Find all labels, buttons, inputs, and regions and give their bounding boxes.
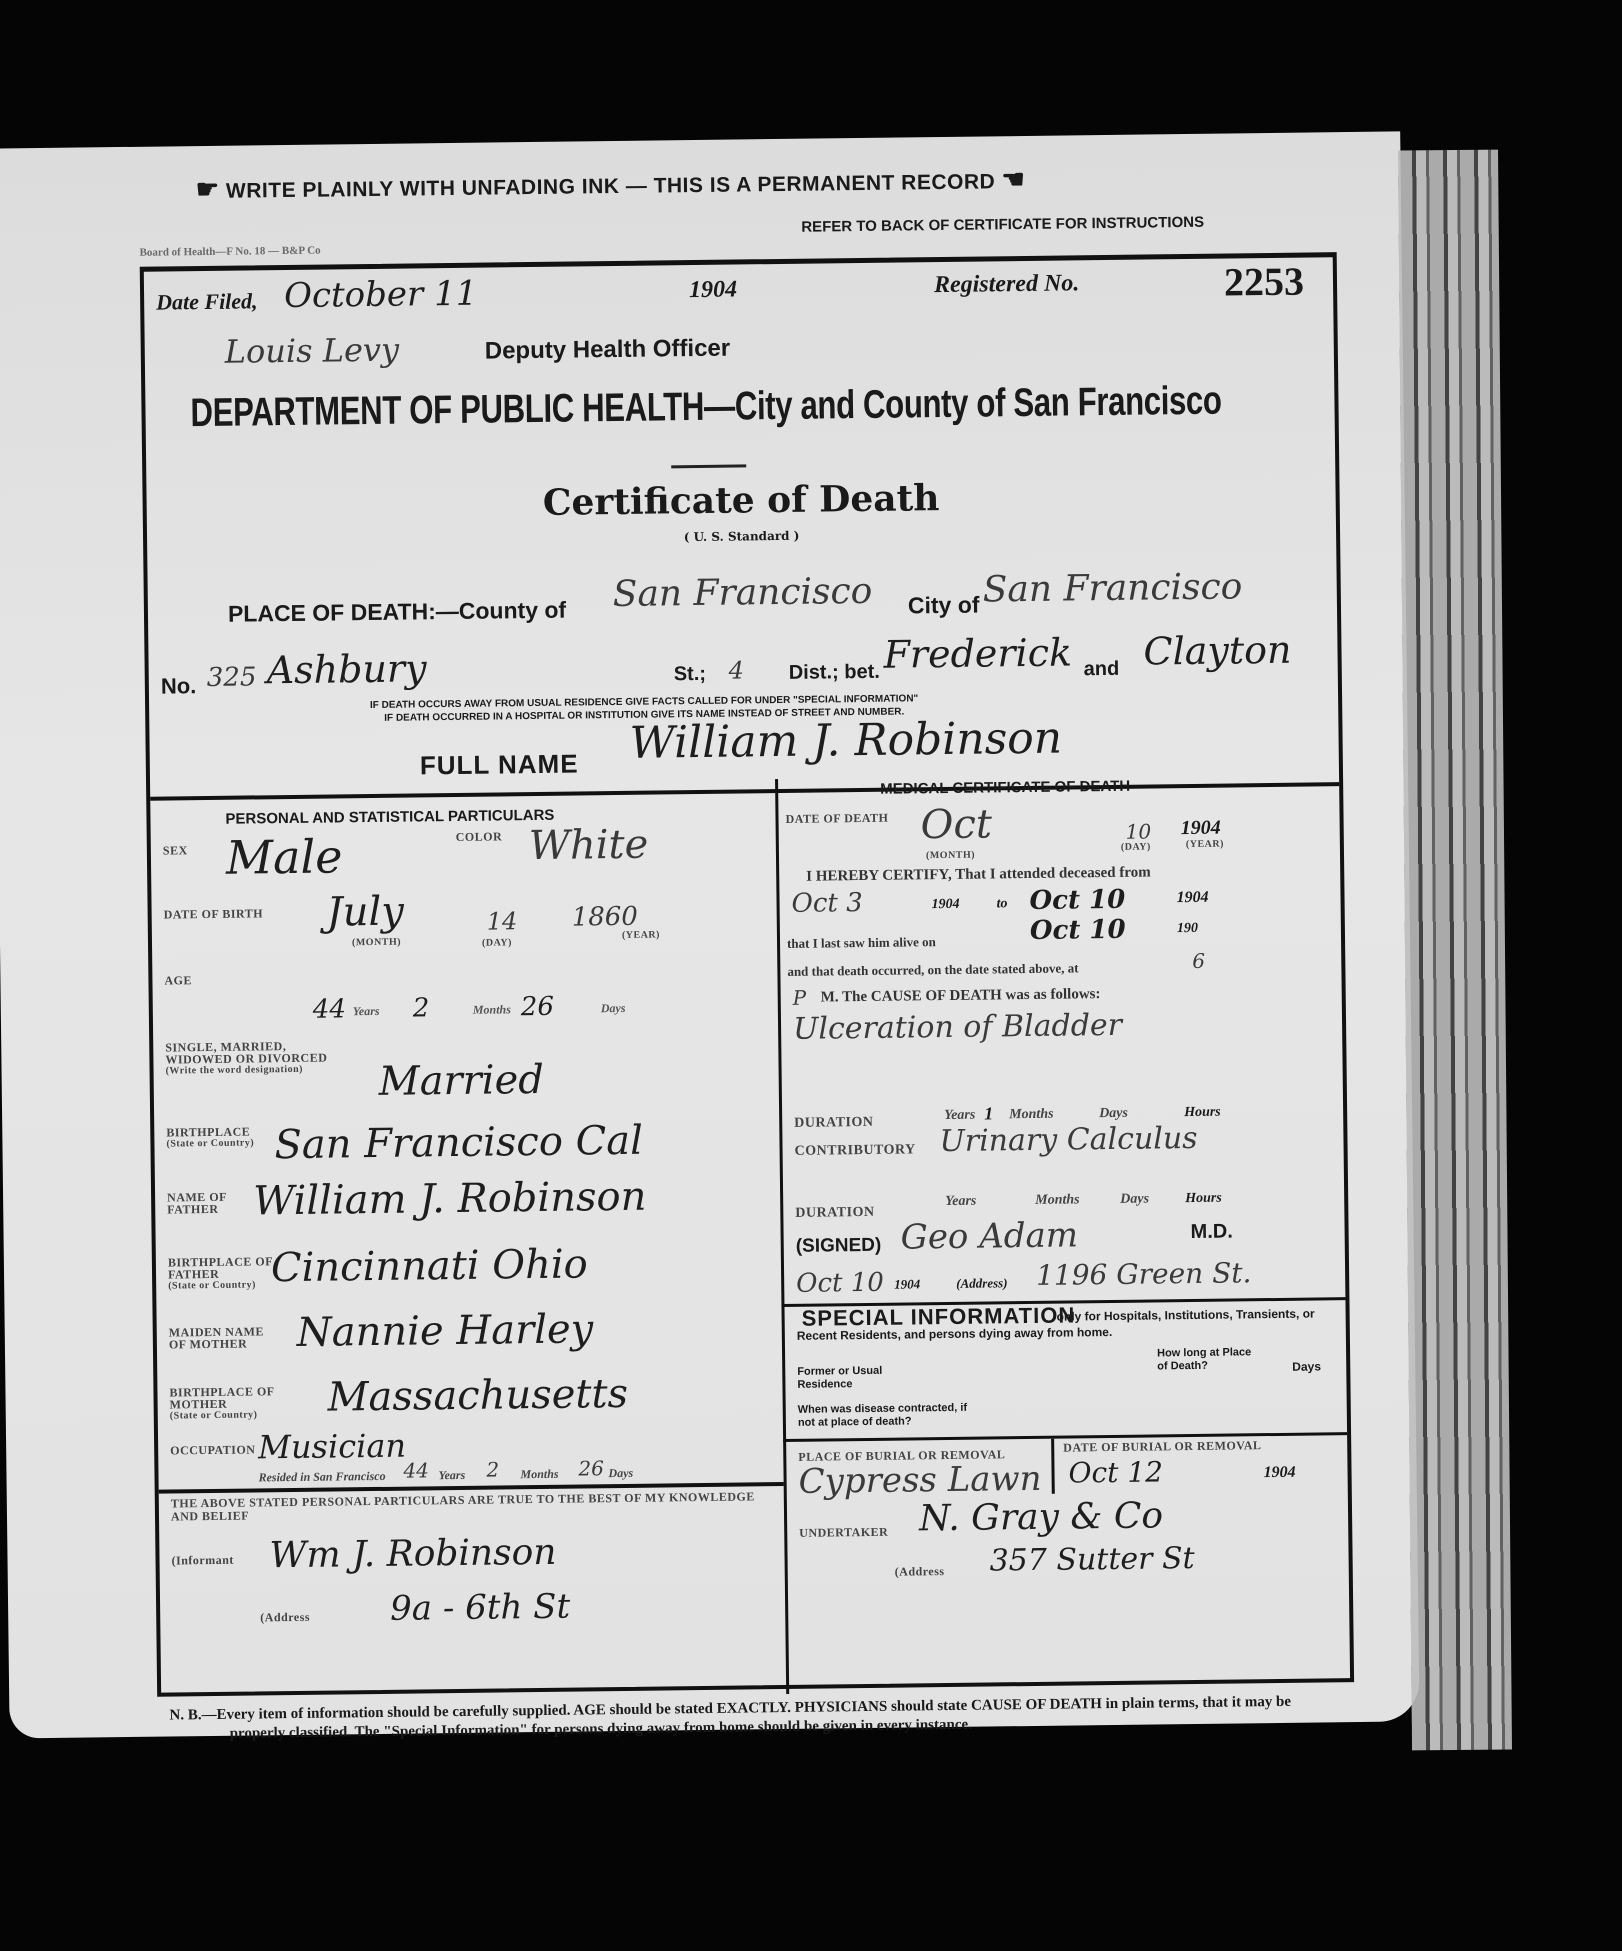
to-label: to	[996, 896, 1007, 912]
informant-address: 9a - 6th St	[390, 1587, 570, 1629]
burial-column-divider	[1051, 1439, 1055, 1494]
resided-months-label: Months	[520, 1467, 558, 1482]
street-name: Ashbury	[266, 646, 426, 692]
duration-hours-label: Hours	[1184, 1105, 1221, 1121]
sex-label: SEX	[163, 843, 188, 858]
last-saw-date: Oct 10	[1030, 915, 1126, 946]
informant-label: (Informant	[171, 1553, 234, 1569]
and-label: and	[1084, 658, 1120, 681]
registered-label: Registered No.	[934, 270, 1080, 299]
date-filed-value: October 11	[284, 274, 478, 316]
dob-month: July	[326, 889, 404, 936]
father-name-value: William J. Robinson	[253, 1174, 647, 1225]
informant-name: Wm J. Robinson	[269, 1532, 556, 1577]
age-months-label: Months	[473, 1002, 511, 1017]
burial-date: Oct 12	[1068, 1455, 1163, 1489]
resided-label: Resided in San Francisco	[258, 1469, 385, 1486]
dob-year-label: (Year)	[622, 929, 660, 940]
department-heading: DEPARTMENT OF PUBLIC HEALTH—City and Cou…	[190, 379, 1222, 437]
city-value: San Francisco	[982, 566, 1242, 610]
occupation-value: Musician	[258, 1427, 406, 1467]
filed-year: 1904	[689, 276, 737, 304]
father-birthplace-label: BIRTHPLACE OF FATHER (State or Country)	[168, 1255, 278, 1292]
dist-label: Dist.; bet.	[789, 661, 880, 685]
permanent-record-notice: ☛ WRITE PLAINLY WITH UNFADING INK — THIS…	[196, 164, 1026, 205]
dob-year: 1860	[572, 902, 639, 933]
age-months: 2	[413, 993, 430, 1023]
birthplace-label: BIRTHPLACE (State or Country)	[166, 1125, 254, 1150]
birthplace-value: San Francisco Cal	[274, 1118, 643, 1168]
resided-years-label: Years	[438, 1468, 465, 1483]
street-no-label: No.	[161, 673, 197, 699]
duration2-hours-label: Hours	[1185, 1191, 1222, 1207]
undertaker-label: UNDERTAKER	[799, 1525, 888, 1541]
dod-label: DATE OF DEATH	[785, 811, 888, 827]
title-rule	[671, 464, 746, 468]
dob-month-label: (Month)	[352, 937, 401, 949]
place-of-death-label: PLACE OF DEATH:—County of	[228, 597, 566, 628]
marital-value: Married	[378, 1057, 544, 1105]
attended-from: Oct 3	[791, 888, 863, 919]
burial-place: Cypress Lawn	[798, 1459, 1041, 1502]
attended-to: Oct 10	[1029, 885, 1125, 916]
ward-number: 4	[729, 656, 745, 684]
color-value: White	[529, 822, 649, 869]
dob-day: 14	[487, 907, 518, 935]
physician-signature: Geo Adam	[900, 1215, 1078, 1257]
registered-number: 2253	[1224, 258, 1305, 306]
cause-text: M. The CAUSE OF DEATH was as follows:	[821, 986, 1101, 1006]
informant-statement: THE ABOVE STATED PERSONAL PARTICULARS AR…	[171, 1490, 761, 1523]
age-label: AGE	[164, 973, 192, 988]
duration-years-label: Years	[944, 1108, 975, 1124]
duration-days-label: Days	[1099, 1106, 1128, 1122]
last-saw-year: 190	[1177, 921, 1198, 937]
refer-instructions: REFER TO BACK OF CERTIFICATE FOR INSTRUC…	[801, 214, 1204, 236]
father-name-label: NAME OF FATHER	[167, 1190, 257, 1215]
city-label: City of	[908, 592, 980, 620]
undertaker-name: N. Gray & Co	[919, 1495, 1163, 1539]
st-label: St.;	[674, 663, 706, 686]
duration-label: DURATION	[794, 1115, 873, 1132]
contributory-value: Urinary Calculus	[939, 1121, 1198, 1159]
resided-years: 44	[403, 1458, 429, 1482]
resided-months: 2	[486, 1457, 499, 1481]
death-meridiem: P	[793, 986, 807, 1010]
dod-year: 1904	[1181, 817, 1221, 840]
age-days-label: Days	[601, 1001, 626, 1016]
special-info-note: only for Hospitals, Institutions, Transi…	[797, 1305, 1342, 1344]
certificate-page: ☛ WRITE PLAINLY WITH UNFADING INK — THIS…	[0, 131, 1420, 1738]
duration2-years-label: Years	[945, 1194, 976, 1210]
duration2-label: DURATION	[795, 1205, 874, 1222]
physician-address: 1196 Green St.	[1036, 1256, 1252, 1292]
resided-days: 26	[578, 1456, 604, 1480]
md-label: M.D.	[1190, 1221, 1232, 1245]
pointing-hand-icon: ☛	[196, 174, 220, 204]
mother-name-label: MAIDEN NAME OF MOTHER	[169, 1325, 279, 1350]
personal-section-title: PERSONAL AND STATISTICAL PARTICULARS	[225, 807, 554, 828]
how-long-label: How long at Place of Death?	[1157, 1346, 1257, 1373]
death-hour: 6	[1192, 949, 1205, 973]
dob-label: DATE OF BIRTH	[164, 906, 264, 922]
dod-day-label: (Day)	[1121, 841, 1151, 852]
attended-from-year: 1904	[931, 897, 959, 913]
contributory-label: CONTRIBUTORY	[794, 1142, 915, 1159]
dod-day: 10	[1126, 819, 1152, 843]
date-filed-label: Date Filed,	[156, 288, 258, 315]
father-birthplace-value: Cincinnati Ohio	[271, 1241, 588, 1291]
disease-contracted-label: When was disease contracted, if not at p…	[798, 1402, 968, 1430]
footnote: N. B.—Every item of information should b…	[169, 1692, 1329, 1744]
duration2-days-label: Days	[1120, 1192, 1149, 1208]
certificate-title: Certificate of Death	[146, 472, 1335, 529]
certify-text: I HEREBY CERTIFY, That I attended deceas…	[806, 864, 1151, 885]
attended-to-year: 1904	[1176, 889, 1208, 907]
undertaker-address: 357 Sutter St	[989, 1541, 1194, 1579]
occupation-label: OCCUPATION	[170, 1442, 255, 1458]
informant-address-label: (Address	[260, 1610, 310, 1626]
mother-birthplace-label: BIRTHPLACE OF MOTHER (State or Country)	[169, 1385, 289, 1422]
duration-years: 1	[984, 1103, 993, 1124]
officer-title: Deputy Health Officer	[485, 335, 731, 366]
dob-day-label: (Day)	[482, 937, 512, 948]
burial-year: 1904	[1263, 1464, 1295, 1482]
section-divider	[150, 782, 1339, 801]
age-years: 44	[313, 994, 346, 1024]
color-label: COLOR	[456, 829, 503, 845]
physician-address-label: (Address)	[956, 1275, 1007, 1292]
county-value: San Francisco	[613, 571, 873, 615]
occurred-text: and that death occurred, on the date sta…	[787, 960, 1078, 980]
full-name-label: FULL NAME	[420, 748, 579, 781]
between-street-2: Clayton	[1143, 628, 1292, 674]
pointing-hand-left-icon: ☚	[1001, 164, 1025, 194]
signed-date: Oct 10	[796, 1268, 884, 1299]
signed-year: 1904	[894, 1276, 920, 1292]
resided-days-label: Days	[608, 1466, 633, 1481]
sex-value: Male	[226, 829, 343, 884]
mother-name-value: Nannie Harley	[296, 1306, 593, 1356]
printer-line: Board of Health—F No. 18 — B&P Co	[139, 245, 320, 259]
marital-label: SINGLE, MARRIED, WIDOWED OR DIVORCED (Wr…	[165, 1039, 345, 1077]
certificate-frame: Date Filed, October 11 1904 Registered N…	[140, 252, 1354, 1697]
cause-of-death: Ulceration of Bladder	[793, 1008, 1122, 1047]
dod-month-label: (Month)	[926, 850, 975, 862]
dod-year-label: (Year)	[1186, 839, 1224, 850]
age-days: 26	[521, 992, 554, 1022]
undertaker-address-label: (Address	[895, 1564, 945, 1580]
how-long-days-label: Days	[1292, 1359, 1321, 1373]
former-residence-label: Former or Usual Residence	[797, 1365, 887, 1392]
column-divider	[775, 779, 789, 1694]
duration-months-label: Months	[1009, 1107, 1054, 1124]
dod-month: Oct	[920, 801, 992, 848]
duration2-months-label: Months	[1035, 1192, 1080, 1209]
street-number: 325	[207, 662, 257, 693]
last-saw-text: that I last saw him alive on	[787, 934, 936, 952]
signed-label: (SIGNED)	[796, 1235, 882, 1258]
age-years-label: Years	[353, 1004, 380, 1019]
mother-birthplace-value: Massachusetts	[327, 1371, 628, 1421]
medical-section-title: MEDICAL CERTIFICATE OF DEATH	[880, 778, 1130, 798]
full-name-value: William J. Robinson	[629, 713, 1062, 769]
officer-signature: Louis Levy	[225, 331, 400, 371]
burial-date-label: DATE of BURIAL or REMOVAL	[1063, 1438, 1261, 1455]
between-street-1: Frederick	[883, 630, 1072, 676]
book-page-edges	[1398, 150, 1512, 1751]
